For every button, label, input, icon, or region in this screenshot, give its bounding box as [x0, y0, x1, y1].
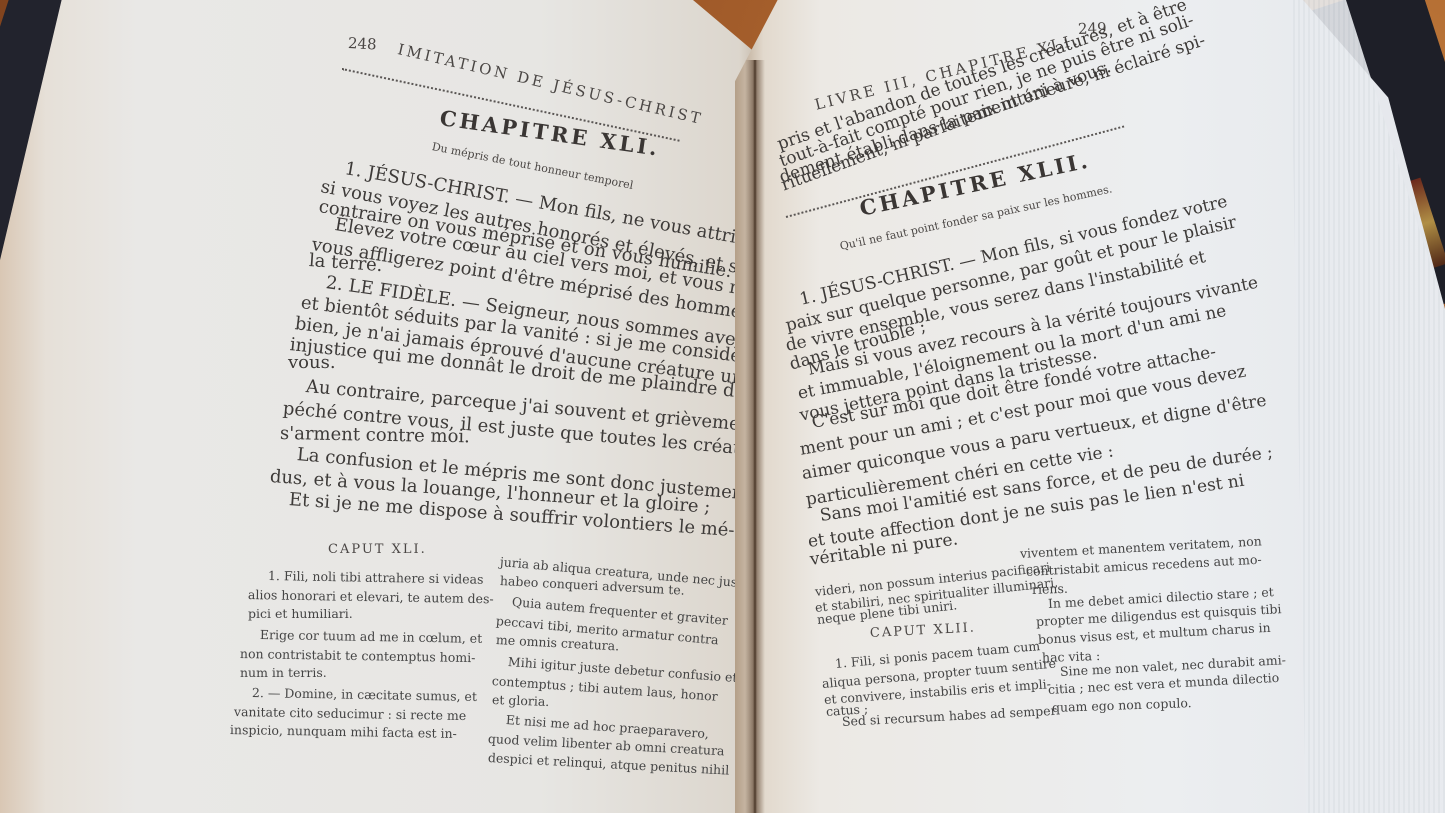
text-line: et gloria. — [492, 692, 550, 709]
text-line: s'arment contre moi. — [280, 423, 470, 447]
text-line: num in terris. — [240, 665, 327, 680]
book-gutter — [745, 60, 765, 813]
left-page-number: 248 — [348, 34, 378, 53]
text-line: pici et humiliari. — [248, 606, 353, 621]
left-latin-heading: CAPUT XLI. — [328, 542, 427, 557]
text-line: vous. — [288, 352, 336, 373]
